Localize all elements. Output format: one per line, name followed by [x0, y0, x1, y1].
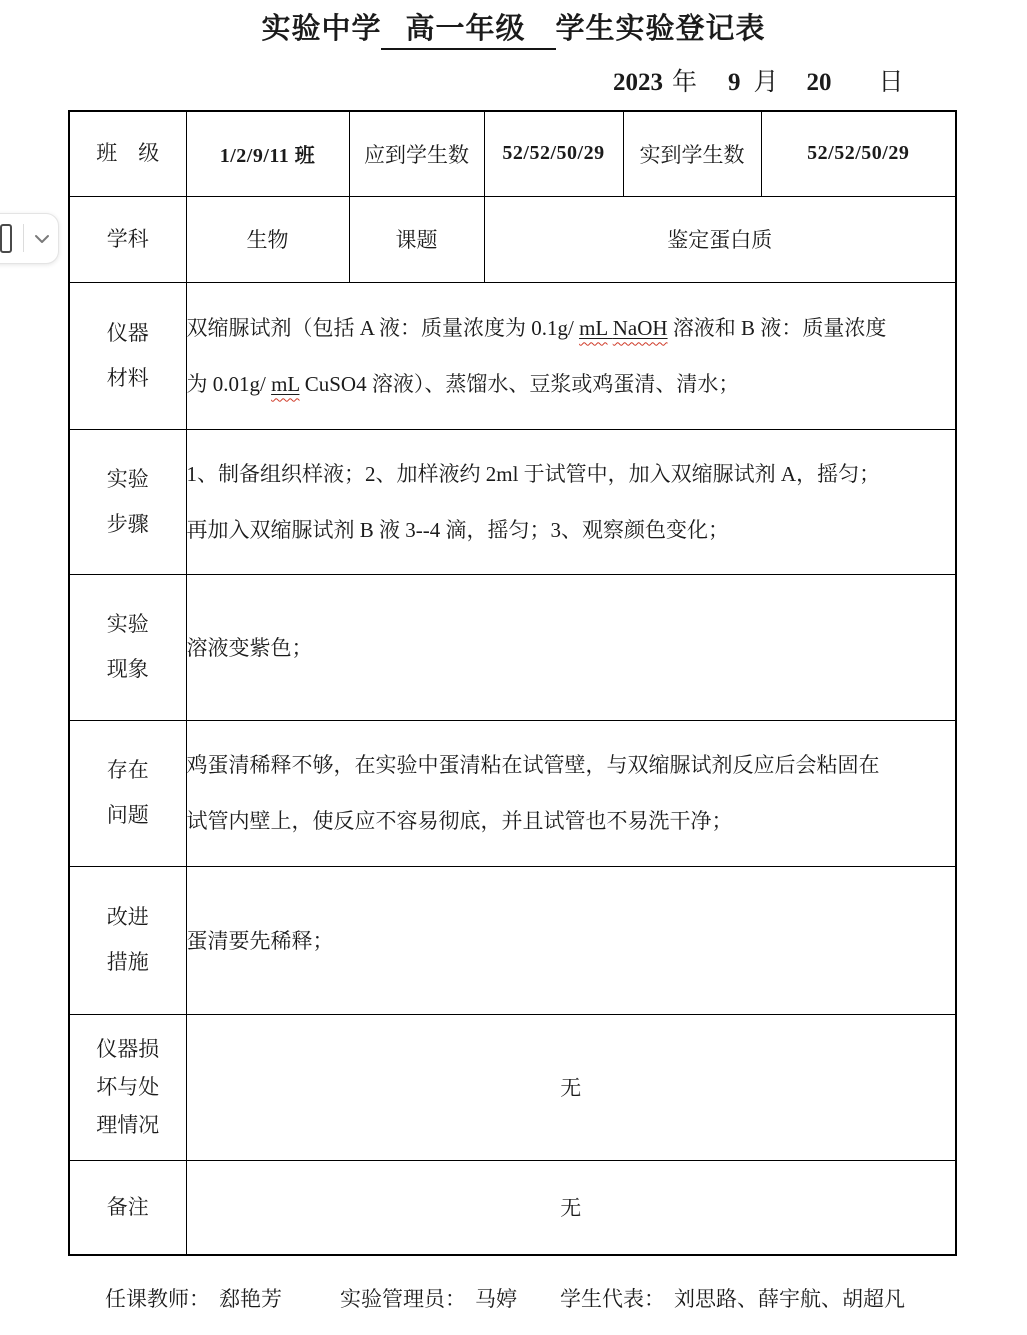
- topic-label: 课题: [349, 196, 484, 282]
- footer-student-representatives: 学生代表：刘思路、薛宇航、胡超凡: [560, 1283, 905, 1313]
- experiment-registration-table: 班 级 1/2/9/11 班 应到学生数 52/52/50/29 实到学生数 5…: [68, 110, 957, 1256]
- damage-value: 无: [186, 1014, 956, 1160]
- expected-students-label: 应到学生数: [349, 111, 484, 196]
- row-improvement: 改进 措施 蛋清要先稀释；: [69, 866, 956, 1014]
- actual-students-label: 实到学生数: [623, 111, 761, 196]
- footer-lab-manager: 实验管理员：马婷: [340, 1283, 517, 1313]
- equipment-label: 仪器 材料: [69, 282, 186, 429]
- chevron-down-icon[interactable]: [31, 228, 53, 250]
- row-subject: 学科 生物 课题 鉴定蛋白质: [69, 196, 956, 282]
- student-representatives-label: 学生代表：: [560, 1287, 665, 1311]
- row-phenomenon: 实验 现象 溶液变紫色；: [69, 574, 956, 720]
- class-value: 1/2/9/11 班: [186, 111, 349, 196]
- date-line: 2023年9月20日: [613, 62, 904, 98]
- steps-value: 1、制备组织样液；2、加样液约 2ml 于试管中，加入双缩脲试剂 A，摇匀；再加…: [186, 429, 956, 574]
- title-grade-underlined: 高一年级: [381, 13, 555, 50]
- equipment-value: 双缩脲试剂（包括 A 液：质量浓度为 0.1g/ mL NaOH 溶液和 B 液…: [186, 282, 956, 429]
- row-problems: 存在 问题 鸡蛋清稀释不够，在实验中蛋清粘在试管壁，与双缩脲试剂反应后会粘固在试…: [69, 720, 956, 866]
- text-cursor-icon: [0, 224, 12, 253]
- subject-value: 生物: [186, 196, 349, 282]
- remarks-value: 无: [186, 1160, 956, 1255]
- title-school: 实验中学: [261, 13, 381, 45]
- remarks-label: 备注: [69, 1160, 186, 1255]
- steps-label: 实验 步骤: [69, 429, 186, 574]
- date-year: 2023: [613, 69, 663, 96]
- date-day: 20: [807, 69, 832, 96]
- teacher-name: 郄艳芳: [219, 1287, 282, 1311]
- student-representatives-names: 刘思路、薛宇航、胡超凡: [674, 1287, 905, 1311]
- subject-label: 学科: [69, 196, 186, 282]
- footer-teacher: 任课教师：郄艳芳: [105, 1283, 282, 1313]
- date-month-unit: 月: [754, 69, 779, 96]
- lab-manager-label: 实验管理员：: [340, 1287, 466, 1311]
- actual-students-value: 52/52/50/29: [761, 111, 956, 196]
- problems-label: 存在 问题: [69, 720, 186, 866]
- teacher-label: 任课教师：: [105, 1287, 210, 1311]
- page: { "title": { "school": "实验中学", "grade": …: [0, 0, 1027, 1335]
- date-day-unit: 日: [879, 69, 904, 96]
- lab-manager-name: 马婷: [475, 1287, 517, 1311]
- date-month: 9: [728, 69, 741, 96]
- row-class: 班 级 1/2/9/11 班 应到学生数 52/52/50/29 实到学生数 5…: [69, 111, 956, 196]
- row-damage: 仪器损 坏与处 理情况 无: [69, 1014, 956, 1160]
- row-equipment: 仪器 材料 双缩脲试剂（包括 A 液：质量浓度为 0.1g/ mL NaOH 溶…: [69, 282, 956, 429]
- floating-tool-widget[interactable]: [0, 213, 59, 264]
- row-remarks: 备注 无: [69, 1160, 956, 1255]
- widget-divider: [23, 224, 24, 252]
- topic-value: 鉴定蛋白质: [484, 196, 956, 282]
- phenomenon-label: 实验 现象: [69, 574, 186, 720]
- row-steps: 实验 步骤 1、制备组织样液；2、加样液约 2ml 于试管中，加入双缩脲试剂 A…: [69, 429, 956, 574]
- date-year-unit: 年: [672, 69, 697, 96]
- title-suffix: 学生实验登记表: [556, 13, 766, 45]
- class-label: 班 级: [69, 111, 186, 196]
- damage-label: 仪器损 坏与处 理情况: [69, 1014, 186, 1160]
- page-title: 实验中学高一年级学生实验登记表: [0, 6, 1027, 47]
- expected-students-value: 52/52/50/29: [484, 111, 623, 196]
- problems-value: 鸡蛋清稀释不够，在实验中蛋清粘在试管壁，与双缩脲试剂反应后会粘固在试管内壁上，使…: [186, 720, 956, 866]
- improvement-value: 蛋清要先稀释；: [186, 866, 956, 1014]
- improvement-label: 改进 措施: [69, 866, 186, 1014]
- phenomenon-value: 溶液变紫色；: [186, 574, 956, 720]
